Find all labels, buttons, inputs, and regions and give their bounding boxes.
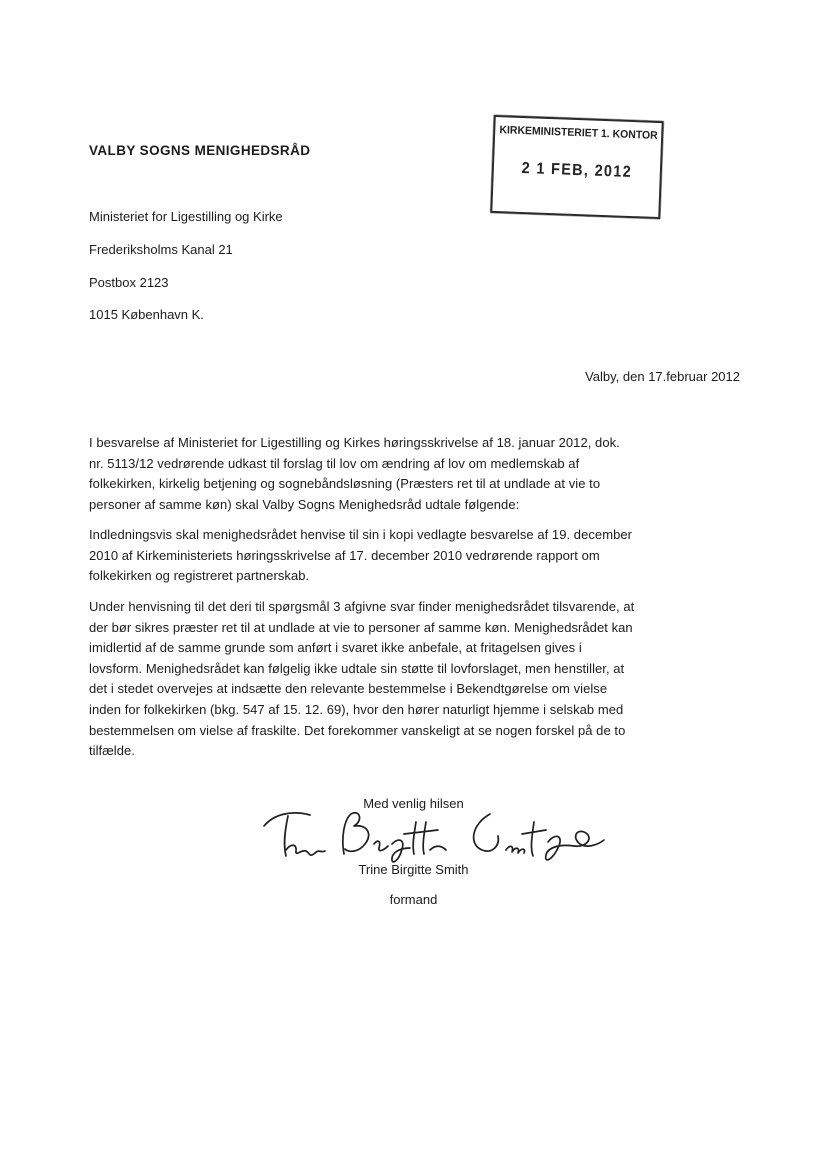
signer-name: Trine Birgitte Smith (0, 862, 827, 877)
recipient-line-3: Postbox 2123 (89, 275, 169, 290)
scanned-letter-page: VALBY SOGNS MENIGHEDSRÅD KIRKEMINISTERIE… (0, 0, 827, 1170)
stamp-date-line: 2 1 FEB, 2012 (502, 159, 652, 182)
handwritten-signature-icon (258, 806, 618, 868)
recipient-line-1: Ministeriet for Ligestilling og Kirke (89, 209, 283, 224)
place-dateline: Valby, den 17.februar 2012 (585, 369, 740, 384)
stamp-office-line: KIRKEMINISTERIET 1. KONTOR (499, 124, 657, 142)
recipient-line-2: Frederiksholms Kanal 21 (89, 242, 233, 257)
body-paragraph-3: Under henvisning til det deri til spørgs… (89, 597, 761, 762)
body-paragraph-1: I besvarelse af Ministeriet for Ligestil… (89, 433, 761, 515)
signer-title: formand (0, 892, 827, 907)
recipient-line-4: 1015 København K. (89, 307, 204, 322)
registry-stamp: KIRKEMINISTERIET 1. KONTOR 2 1 FEB, 2012 (490, 115, 663, 219)
sender-name: VALBY SOGNS MENIGHEDSRÅD (89, 143, 310, 158)
body-paragraph-2: Indledningsvis skal menighedsrådet henvi… (89, 525, 761, 587)
